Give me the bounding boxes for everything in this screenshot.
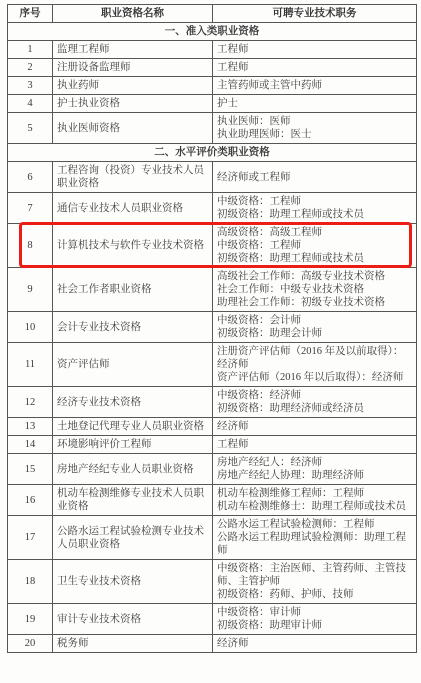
table-row: 7通信专业技术人员职业资格中级资格：工程师初级资格：助理工程师或技术员 bbox=[8, 193, 417, 224]
qualification-name: 土地登记代理专业人员职业资格 bbox=[53, 418, 213, 436]
position-line: 社会工作师：中级专业技术资格 bbox=[217, 283, 412, 296]
row-number: 16 bbox=[8, 485, 53, 516]
table-row: 10会计专业技术资格中级资格：会计师初级资格：助理会计师 bbox=[8, 312, 417, 343]
qualification-name: 房地产经纪专业人员职业资格 bbox=[53, 454, 213, 485]
position-line: 房地产经纪人：经济师 bbox=[217, 456, 412, 469]
position-line: 房地产经纪人协理：助理经济师 bbox=[217, 469, 412, 482]
position-line: 经济师 bbox=[217, 420, 412, 433]
position-line: 助理社会工作师：初级专业技术资格 bbox=[217, 296, 412, 309]
row-number: 4 bbox=[8, 95, 53, 113]
positions-cell: 中级资格：经济师初级资格：助理经济师或经济员 bbox=[213, 387, 417, 418]
position-line: 中级资格：会计师 bbox=[217, 314, 412, 327]
qualification-name: 通信专业技术人员职业资格 bbox=[53, 193, 213, 224]
section-title: 二、水平评价类职业资格 bbox=[8, 144, 417, 162]
qualification-table: 序号 职业资格名称 可聘专业技术职务 一、准入类职业资格1监理工程师工程师2注册… bbox=[7, 4, 417, 653]
positions-cell: 执业医师：医师执业助理医师：医士 bbox=[213, 113, 417, 144]
positions-cell: 注册资产评估师（2016 年及以前取得）：经济师资产评估师（2016 年以后取得… bbox=[213, 343, 417, 387]
table-row: 2注册设备监理师工程师 bbox=[8, 59, 417, 77]
qualification-name: 执业医师资格 bbox=[53, 113, 213, 144]
document-page: 序号 职业资格名称 可聘专业技术职务 一、准入类职业资格1监理工程师工程师2注册… bbox=[0, 0, 421, 683]
column-header-positions: 可聘专业技术职务 bbox=[213, 5, 417, 23]
positions-cell: 工程师 bbox=[213, 41, 417, 59]
row-number: 13 bbox=[8, 418, 53, 436]
row-number: 11 bbox=[8, 343, 53, 387]
column-header-number: 序号 bbox=[8, 5, 53, 23]
qualification-name: 资产评估师 bbox=[53, 343, 213, 387]
positions-cell: 中级资格：会计师初级资格：助理会计师 bbox=[213, 312, 417, 343]
row-number: 10 bbox=[8, 312, 53, 343]
position-line: 中级资格：经济师 bbox=[217, 389, 412, 402]
qualification-name: 经济专业技术资格 bbox=[53, 387, 213, 418]
table-row: 17公路水运工程试验检测专业技术人员职业资格公路水运工程试验检测师：工程师公路水… bbox=[8, 516, 417, 560]
positions-cell: 经济师 bbox=[213, 635, 417, 653]
row-number: 8 bbox=[8, 224, 53, 268]
positions-cell: 工程师 bbox=[213, 436, 417, 454]
table-row: 6工程咨询（投资）专业技术人员职业资格经济师或工程师 bbox=[8, 162, 417, 193]
position-line: 执业助理医师：医士 bbox=[217, 128, 412, 141]
positions-cell: 中级资格：工程师初级资格：助理工程师或技术员 bbox=[213, 193, 417, 224]
position-line: 经济师或工程师 bbox=[217, 171, 412, 184]
row-number: 15 bbox=[8, 454, 53, 485]
row-number: 3 bbox=[8, 77, 53, 95]
position-line: 初级资格：助理会计师 bbox=[217, 327, 412, 340]
row-number: 14 bbox=[8, 436, 53, 454]
positions-cell: 中级资格：主治医师、主管药师、主管技师、主管护师初级资格：药师、护师、技师 bbox=[213, 560, 417, 604]
positions-cell: 机动车检测维修工程师：工程师机动车检测维修士：助理工程师或技术员 bbox=[213, 485, 417, 516]
position-line: 中级资格：工程师 bbox=[217, 195, 412, 208]
positions-cell: 公路水运工程试验检测师：工程师公路水运工程助理试验检测师：助理工程师 bbox=[213, 516, 417, 560]
position-line: 资产评估师（2016 年以后取得）：经济师 bbox=[217, 371, 412, 384]
row-number: 19 bbox=[8, 604, 53, 635]
qualification-name: 护士执业资格 bbox=[53, 95, 213, 113]
section-row: 一、准入类职业资格 bbox=[8, 23, 417, 41]
positions-cell: 经济师 bbox=[213, 418, 417, 436]
table-row: 15房地产经纪专业人员职业资格房地产经纪人：经济师房地产经纪人协理：助理经济师 bbox=[8, 454, 417, 485]
positions-cell: 工程师 bbox=[213, 59, 417, 77]
position-line: 中级资格：主治医师、主管药师、主管技师、主管护师 bbox=[217, 562, 412, 588]
qualification-name: 会计专业技术资格 bbox=[53, 312, 213, 343]
qualification-name: 环境影响评价工程师 bbox=[53, 436, 213, 454]
position-line: 高级资格：高级工程师 bbox=[217, 226, 412, 239]
position-line: 初级资格：助理审计师 bbox=[217, 619, 412, 632]
qualification-name: 社会工作者职业资格 bbox=[53, 268, 213, 312]
row-number: 5 bbox=[8, 113, 53, 144]
qualification-table-body: 一、准入类职业资格1监理工程师工程师2注册设备监理师工程师3执业药师主管药师或主… bbox=[8, 23, 417, 653]
header-row: 序号 职业资格名称 可聘专业技术职务 bbox=[8, 5, 417, 23]
position-line: 主管药师或主管中药师 bbox=[217, 79, 412, 92]
column-header-qualification-name: 职业资格名称 bbox=[53, 5, 213, 23]
position-line: 中级资格：审计师 bbox=[217, 606, 412, 619]
row-number: 17 bbox=[8, 516, 53, 560]
row-number: 18 bbox=[8, 560, 53, 604]
position-line: 中级资格：工程师 bbox=[217, 239, 412, 252]
position-line: 执业医师：医师 bbox=[217, 115, 412, 128]
position-line: 机动车检测维修工程师：工程师 bbox=[217, 487, 412, 500]
qualification-name: 机动车检测维修专业技术人员职业资格 bbox=[53, 485, 213, 516]
table-row: 1监理工程师工程师 bbox=[8, 41, 417, 59]
table-row: 3执业药师主管药师或主管中药师 bbox=[8, 77, 417, 95]
qualification-name: 执业药师 bbox=[53, 77, 213, 95]
qualification-name: 税务师 bbox=[53, 635, 213, 653]
position-line: 经济师 bbox=[217, 637, 412, 650]
position-line: 初级资格：助理经济师或经济员 bbox=[217, 402, 412, 415]
table-row: 13土地登记代理专业人员职业资格经济师 bbox=[8, 418, 417, 436]
positions-cell: 主管药师或主管中药师 bbox=[213, 77, 417, 95]
positions-cell: 护士 bbox=[213, 95, 417, 113]
positions-cell: 房地产经纪人：经济师房地产经纪人协理：助理经济师 bbox=[213, 454, 417, 485]
position-line: 高级社会工作师：高级专业技术资格 bbox=[217, 270, 412, 283]
table-row: 5执业医师资格执业医师：医师执业助理医师：医士 bbox=[8, 113, 417, 144]
qualification-name: 注册设备监理师 bbox=[53, 59, 213, 77]
section-row: 二、水平评价类职业资格 bbox=[8, 144, 417, 162]
qualification-name: 卫生专业技术资格 bbox=[53, 560, 213, 604]
position-line: 公路水运工程试验检测师：工程师 bbox=[217, 518, 412, 531]
position-line: 工程师 bbox=[217, 43, 412, 56]
position-line: 护士 bbox=[217, 97, 412, 110]
row-number: 1 bbox=[8, 41, 53, 59]
position-line: 初级资格：助理工程师或技术员 bbox=[217, 252, 412, 265]
table-row: 19审计专业技术资格中级资格：审计师初级资格：助理审计师 bbox=[8, 604, 417, 635]
position-line: 机动车检测维修士：助理工程师或技术员 bbox=[217, 500, 412, 513]
table-row: 18卫生专业技术资格中级资格：主治医师、主管药师、主管技师、主管护师初级资格：药… bbox=[8, 560, 417, 604]
position-line: 工程师 bbox=[217, 438, 412, 451]
positions-cell: 高级资格：高级工程师中级资格：工程师初级资格：助理工程师或技术员 bbox=[213, 224, 417, 268]
row-number: 20 bbox=[8, 635, 53, 653]
position-line: 公路水运工程助理试验检测师：助理工程师 bbox=[217, 531, 412, 557]
table-row: 11资产评估师注册资产评估师（2016 年及以前取得）：经济师资产评估师（201… bbox=[8, 343, 417, 387]
position-line: 注册资产评估师（2016 年及以前取得）：经济师 bbox=[217, 345, 412, 371]
qualification-name: 监理工程师 bbox=[53, 41, 213, 59]
table-row: 9社会工作者职业资格高级社会工作师：高级专业技术资格社会工作师：中级专业技术资格… bbox=[8, 268, 417, 312]
positions-cell: 中级资格：审计师初级资格：助理审计师 bbox=[213, 604, 417, 635]
table-row: 20税务师经济师 bbox=[8, 635, 417, 653]
row-number: 2 bbox=[8, 59, 53, 77]
row-number: 6 bbox=[8, 162, 53, 193]
position-line: 初级资格：助理工程师或技术员 bbox=[217, 208, 412, 221]
qualification-name: 公路水运工程试验检测专业技术人员职业资格 bbox=[53, 516, 213, 560]
row-number: 7 bbox=[8, 193, 53, 224]
section-title: 一、准入类职业资格 bbox=[8, 23, 417, 41]
table-row: 16机动车检测维修专业技术人员职业资格机动车检测维修工程师：工程师机动车检测维修… bbox=[8, 485, 417, 516]
qualification-name: 计算机技术与软件专业技术资格 bbox=[53, 224, 213, 268]
row-number: 12 bbox=[8, 387, 53, 418]
table-row: 12经济专业技术资格中级资格：经济师初级资格：助理经济师或经济员 bbox=[8, 387, 417, 418]
positions-cell: 经济师或工程师 bbox=[213, 162, 417, 193]
qualification-name: 审计专业技术资格 bbox=[53, 604, 213, 635]
table-row: 8计算机技术与软件专业技术资格高级资格：高级工程师中级资格：工程师初级资格：助理… bbox=[8, 224, 417, 268]
table-row: 14环境影响评价工程师工程师 bbox=[8, 436, 417, 454]
position-line: 初级资格：药师、护师、技师 bbox=[217, 588, 412, 601]
qualification-name: 工程咨询（投资）专业技术人员职业资格 bbox=[53, 162, 213, 193]
positions-cell: 高级社会工作师：高级专业技术资格社会工作师：中级专业技术资格助理社会工作师：初级… bbox=[213, 268, 417, 312]
table-row: 4护士执业资格护士 bbox=[8, 95, 417, 113]
position-line: 工程师 bbox=[217, 61, 412, 74]
row-number: 9 bbox=[8, 268, 53, 312]
